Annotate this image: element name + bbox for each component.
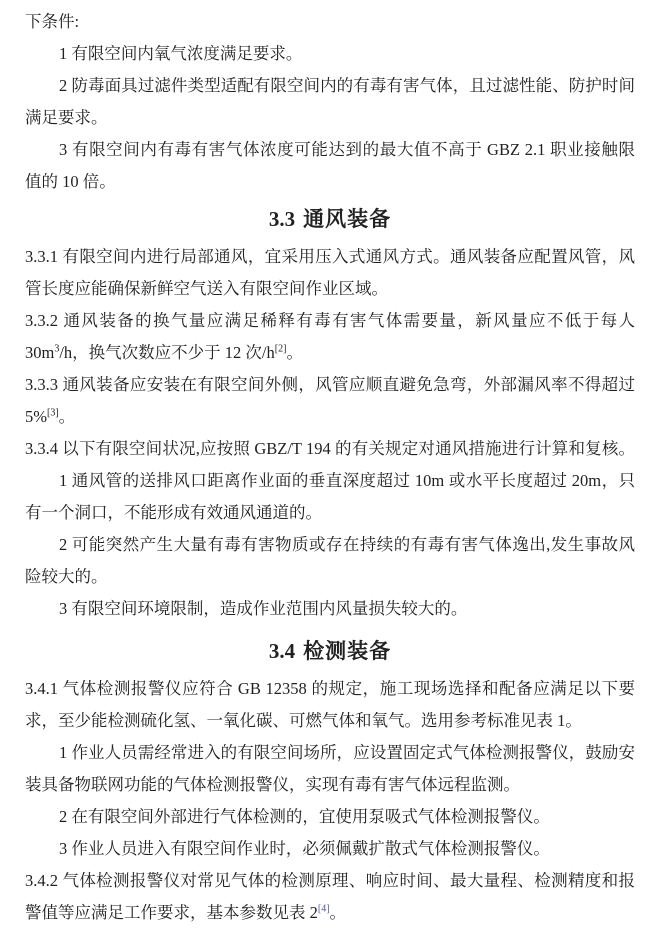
text-segment: /h，换气次数应不少于 12 次/h (59, 343, 274, 362)
text-segment: 30m (25, 343, 54, 362)
text-line: 装具备物联网功能的气体检测报警仪，实现有毒有害气体远程监测。 (25, 769, 635, 801)
list-item: 1 作业人员需经常进入的有限空间场所，应设置固定式气体检测报警仪，鼓励安 (25, 737, 635, 769)
text-line: 5%[3]。 (25, 401, 635, 433)
text-line: 满足要求。 (25, 102, 635, 134)
text-line: 险较大的。 (25, 561, 635, 593)
text-line: 有一个洞口，不能形成有效通风通道的。 (25, 497, 635, 529)
list-item: 1 通风管的送排风口距离作业面的垂直深度超过 10m 或水平长度超过 20m，只 (25, 465, 635, 497)
text-line: 求，至少能检测硫化氢、一氧化碳、可燃气体和氧气。选用参考标准见表 1。 (25, 705, 635, 737)
footnote-ref: [3] (47, 408, 59, 419)
text-segment: 5% (25, 407, 47, 426)
list-item: 2 在有限空间外部进行气体检测的，宜使用泵吸式气体检测报警仪。 (25, 801, 635, 833)
list-item: 1 有限空间内氧气浓度满足要求。 (25, 38, 635, 70)
text-segment: 警值等应满足工作要求，基本参数见表 2 (25, 903, 318, 922)
section-title: 通风装备 (303, 207, 391, 231)
list-item: 2 可能突然产生大量有毒有害物质或存在持续的有毒有害气体逸出,发生事故风 (25, 529, 635, 561)
footnote-ref-link: [4] (318, 904, 330, 915)
text-line: 30m3/h，换气次数应不少于 12 次/h[2]。 (25, 337, 635, 369)
text-segment: 。 (59, 407, 76, 426)
list-item: 2 防毒面具过滤件类型适配有限空间内的有毒有害气体，且过滤性能、防护时间 (25, 70, 635, 102)
text-line: 管长度应能确保新鲜空气送入有限空间作业区域。 (25, 273, 635, 305)
footnote-ref: [2] (275, 344, 287, 355)
text-segment: 。 (330, 903, 347, 922)
clause-3-3-2: 3.3.2 通风装备的换气量应满足稀释有毒有害气体需要量，新风量应不低于每人 (25, 305, 635, 337)
section-number: 3.4 (269, 639, 295, 663)
clause-3-4-2: 3.4.2 气体检测报警仪对常见气体的检测原理、响应时间、最大量程、检测精度和报 (25, 865, 635, 897)
text-line-preamble-tail: 下条件: (25, 6, 635, 38)
list-item: 3 有限空间内有毒有害气体浓度可能达到的最大值不高于 GBZ 2.1 职业接触限 (25, 134, 635, 166)
clause-3-4-1: 3.4.1 气体检测报警仪应符合 GB 12358 的规定，施工现场选择和配备应… (25, 673, 635, 705)
section-number: 3.3 (269, 207, 295, 231)
clause-3-3-1: 3.3.1 有限空间内进行局部通风，宜采用压入式通风方式。通风装备应配置风管，风 (25, 241, 635, 273)
section-heading-3-4: 3.4检测装备 (25, 635, 635, 667)
section-heading-3-3: 3.3通风装备 (25, 203, 635, 235)
clause-3-3-4: 3.3.4 以下有限空间状况,应按照 GBZ/T 194 的有关规定对通风措施进… (25, 433, 635, 465)
document-page: 下条件: 1 有限空间内氧气浓度满足要求。 2 防毒面具过滤件类型适配有限空间内… (0, 0, 654, 930)
text-line: 警值等应满足工作要求，基本参数见表 2[4]。 (25, 897, 635, 929)
text-line: 值的 10 倍。 (25, 166, 635, 198)
section-title: 检测装备 (303, 639, 391, 663)
text-segment: 。 (286, 343, 303, 362)
list-item: 3 有限空间环境限制，造成作业范围内风量损失较大的。 (25, 593, 635, 625)
clause-3-3-3: 3.3.3 通风装备应安装在有限空间外侧，风管应顺直避免急弯，外部漏风率不得超过 (25, 369, 635, 401)
list-item: 3 作业人员进入有限空间作业时，必须佩戴扩散式气体检测报警仪。 (25, 833, 635, 865)
